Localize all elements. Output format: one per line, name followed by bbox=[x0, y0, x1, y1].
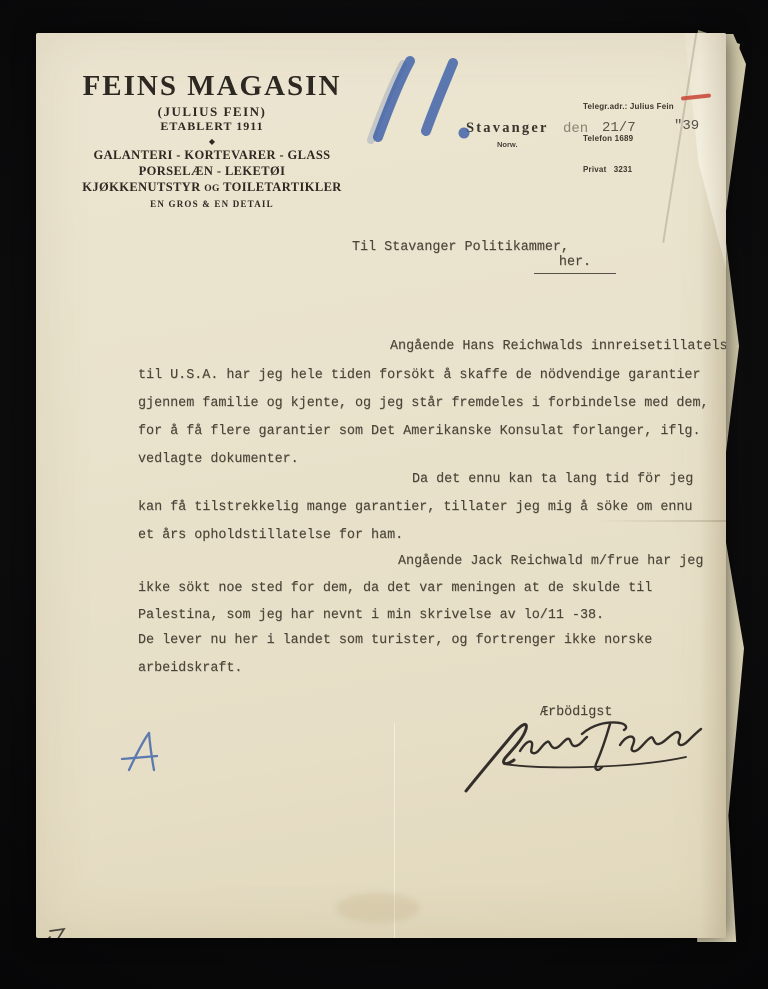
services-line-4: EN GROS & EN DETAIL bbox=[66, 198, 358, 211]
owner-name: (JULIUS FEIN) bbox=[66, 104, 358, 119]
body-line: for å få flere garantier som Det Amerika… bbox=[138, 424, 701, 439]
services-line-3-part1: KJØKKENUTSTYR bbox=[82, 180, 200, 194]
body-line: Palestina, som jeg har nevnt i min skriv… bbox=[138, 608, 604, 623]
services-line-2: PORSELÆN - LEKETØI bbox=[66, 163, 358, 179]
body-line: Angående Jack Reichwald m/frue har jeg bbox=[398, 554, 703, 569]
dateline-country: Norw. bbox=[497, 140, 518, 149]
services-line-1: GALANTERI - KORTEVARER - GLASS bbox=[66, 147, 358, 163]
dateline-year: "39 bbox=[674, 118, 699, 134]
body-line: Angående Hans Reichwalds innreisetillate… bbox=[390, 339, 726, 354]
body-line: gjennem familie og kjente, og jeg står f… bbox=[138, 396, 709, 411]
letterhead: FEINS MAGASIN (JULIUS FEIN) ETABLERT 191… bbox=[66, 71, 358, 211]
paper-stain bbox=[336, 893, 420, 923]
body-line: Da det ennu kan ta lang tid för jeg bbox=[412, 472, 693, 487]
body-line: til U.S.A. har jeg hele tiden forsökt å … bbox=[138, 368, 701, 383]
contact-block: Telegr.adr.: Julius Fein Telefon 1689 Pr… bbox=[583, 81, 674, 197]
signature bbox=[456, 698, 716, 808]
body-line: ikke sökt noe sted for dem, da det var m… bbox=[138, 581, 652, 596]
recipient-line: Til Stavanger Politikammer, bbox=[352, 240, 569, 255]
body-line: et års opholdstillatelse for ham. bbox=[138, 528, 403, 543]
services-line-3: KJØKKENUTSTYR og TOILETARTIKLER bbox=[66, 179, 358, 197]
recipient-place: her. bbox=[534, 255, 616, 274]
dateline-preposition: den bbox=[563, 121, 588, 137]
body-line: vedlagte dokumenter. bbox=[138, 452, 299, 467]
dateline-date: 21/7 bbox=[602, 120, 636, 136]
services-line-3-part2: og bbox=[204, 184, 220, 194]
telegram-address: Telegr.adr.: Julius Fein bbox=[583, 102, 674, 113]
handwritten-case-number bbox=[354, 49, 479, 149]
letter-paper: FEINS MAGASIN (JULIUS FEIN) ETABLERT 191… bbox=[36, 33, 726, 938]
services-line-3-part3: TOILETARTIKLER bbox=[223, 180, 342, 194]
diamond-icon: ◆ bbox=[66, 137, 358, 147]
body-line: arbeidskraft. bbox=[138, 661, 242, 676]
body-line: De lever nu her i landet som turister, o… bbox=[138, 633, 652, 648]
private-number: Privat 3231 bbox=[583, 165, 674, 176]
scanned-letter: FEINS MAGASIN (JULIUS FEIN) ETABLERT 191… bbox=[0, 0, 768, 989]
company-name: FEINS MAGASIN bbox=[66, 71, 358, 102]
paper-crease bbox=[596, 520, 726, 522]
handwritten-letter-a bbox=[120, 727, 165, 777]
corner-mark bbox=[36, 921, 76, 938]
body-line: kan få tilstrekkelig mange garantier, ti… bbox=[138, 500, 692, 515]
established-line: ETABLERT 1911 bbox=[66, 119, 358, 133]
